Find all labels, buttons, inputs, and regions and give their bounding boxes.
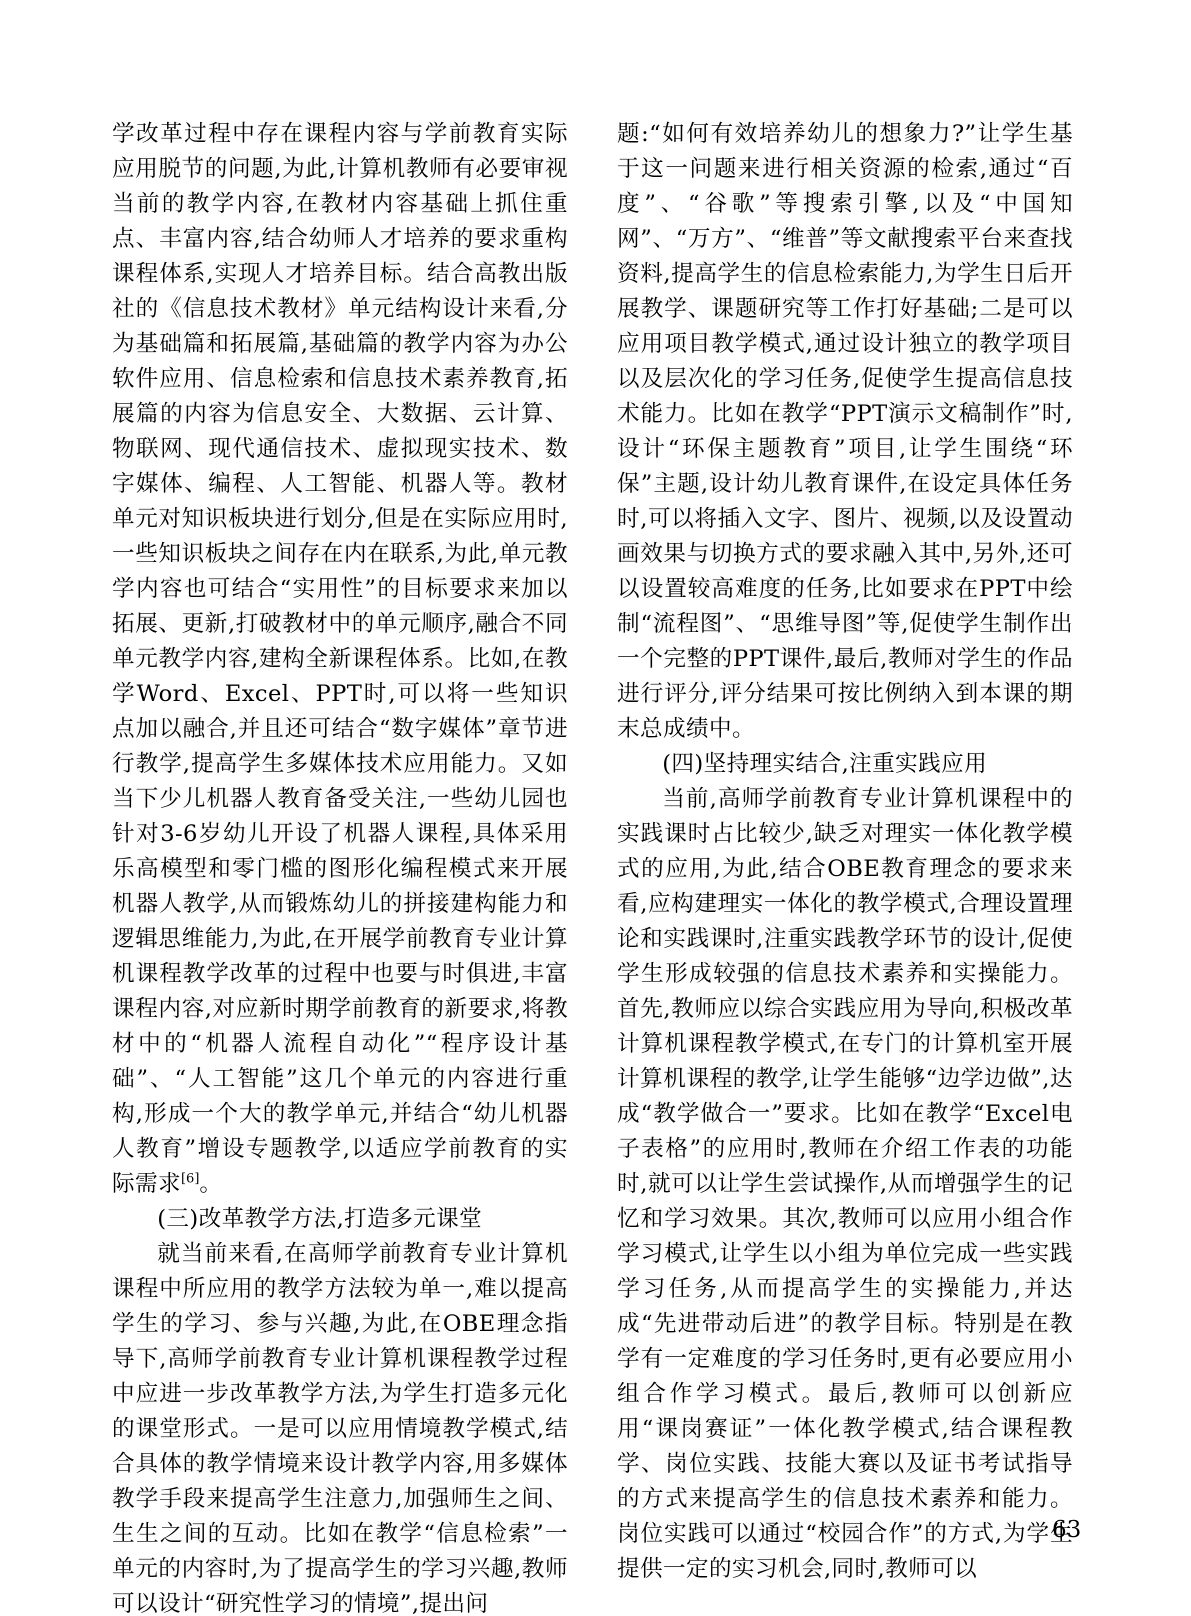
left-column: 学改革过程中存在课程内容与学前教育实际应用脱节的问题,为此,计算机教师有必要审视… (112, 117, 568, 1616)
page-number: 63 (1052, 1516, 1081, 1544)
section-heading-3: (三)改革教学方法,打造多元课堂 (112, 1202, 568, 1237)
text-columns: 学改革过程中存在课程内容与学前教育实际应用脱节的问题,为此,计算机教师有必要审视… (112, 117, 1072, 1616)
body-paragraph-continued: 题:“如何有效培养幼儿的想象力?”让学生基于这一问题来进行相关资源的检索,通过“… (617, 117, 1073, 747)
right-column: 题:“如何有效培养幼儿的想象力?”让学生基于这一问题来进行相关资源的检索,通过“… (617, 117, 1073, 1616)
paragraph-text: 学改革过程中存在课程内容与学前教育实际应用脱节的问题,为此,计算机教师有必要审视… (112, 121, 568, 1197)
body-paragraph: 当前,高师学前教育专业计算机课程中的实践课时占比较少,缺乏对理实一体化教学模式的… (617, 782, 1073, 1587)
paragraph-tail: 。 (199, 1171, 222, 1197)
body-paragraph-continued: 学改革过程中存在课程内容与学前教育实际应用脱节的问题,为此,计算机教师有必要审视… (112, 117, 568, 1202)
document-page: 学改革过程中存在课程内容与学前教育实际应用脱节的问题,为此,计算机教师有必要审视… (0, 0, 1191, 1616)
footnote-reference: [6] (181, 1171, 199, 1186)
body-paragraph: 就当前来看,在高师学前教育专业计算机课程中所应用的教学方法较为单一,难以提高学生… (112, 1237, 568, 1616)
section-heading-4: (四)坚持理实结合,注重实践应用 (617, 747, 1073, 782)
